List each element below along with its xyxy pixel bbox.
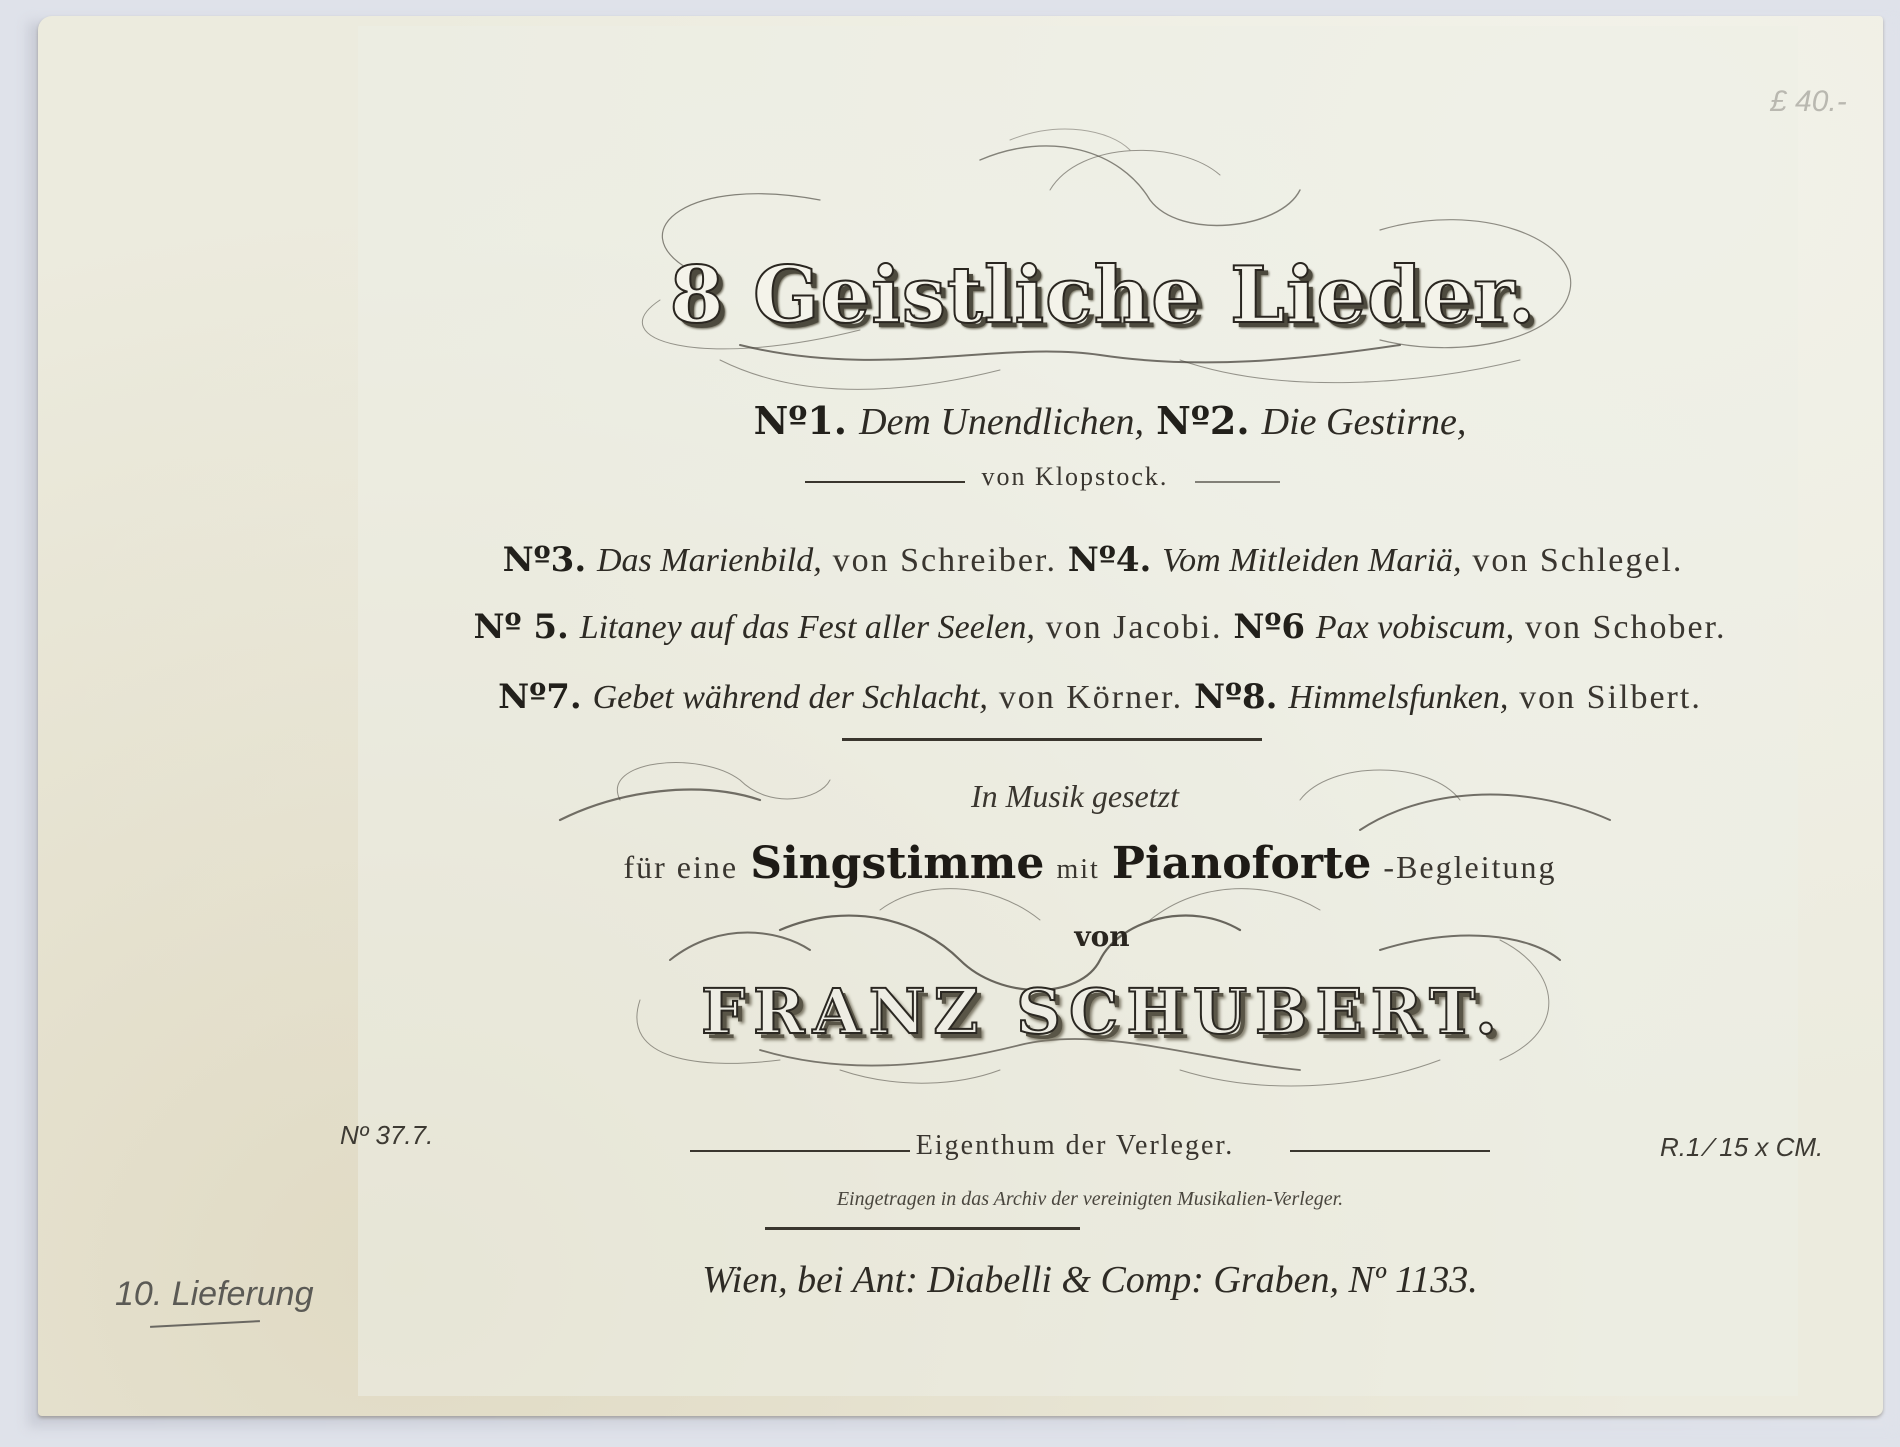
song-poet: von Silbert. [1519, 679, 1702, 716]
voice-piano-line: für eine Singstimme mit Pianoforte -Begl… [623, 838, 1556, 889]
song-number: Nº3. [503, 540, 587, 580]
divider-rule [805, 481, 965, 483]
song-number: Nº7. [498, 677, 582, 717]
composer-name: FRANZ SCHUBERT. [701, 975, 1505, 1048]
song-number: Nº2. [1156, 398, 1249, 443]
song-title: Himmelsfunken, [1288, 679, 1508, 716]
song-title: Die Gestirne, [1262, 401, 1467, 443]
price: R.1 ⁄ 15 x CM. [1660, 1132, 1823, 1163]
song-poet: von Körner. [999, 679, 1183, 716]
song-poet: von Jacobi. [1046, 609, 1223, 646]
ownership-notice: Eigenthum der Verleger. [916, 1130, 1234, 1162]
pianoforte: Pianoforte [1112, 838, 1371, 889]
song-title: Dem Unendlichen, [859, 401, 1144, 443]
poet-klopstock: von Klopstock. [982, 462, 1169, 492]
song-poet: von Schober. [1525, 609, 1727, 646]
songs-5-6-line: Nº 5. Litaney auf das Fest aller Seelen,… [473, 607, 1726, 647]
registration-notice: Eingetragen in das Archiv der vereinigte… [837, 1188, 1343, 1211]
song-number: Nº8. [1194, 677, 1278, 717]
song-title: Vom Mitleiden Mariä, [1162, 542, 1461, 579]
singstimme: Singstimme [750, 838, 1044, 889]
divider-rule [1290, 1150, 1490, 1152]
pencil-annotation-price: £ 40.- [1770, 85, 1847, 119]
divider-rule [690, 1150, 910, 1152]
divider-rule [765, 1227, 1080, 1230]
song-number: Nº1. [754, 398, 847, 443]
song-title: Litaney auf das Fest aller Seelen, [580, 609, 1035, 646]
song-number: Nº 5. [473, 607, 568, 647]
mit: mit [1056, 854, 1099, 885]
songs-7-8-line: Nº7. Gebet während der Schlacht, von Kör… [498, 677, 1702, 717]
plate-number: Nº 37.7. [340, 1120, 433, 1151]
pencil-annotation-delivery: 10. Lieferung [115, 1275, 314, 1314]
song-title: Pax vobiscum, [1316, 609, 1514, 646]
song-title: Das Marienbild, [597, 542, 822, 579]
songs-3-4-line: Nº3. Das Marienbild, von Schreiber. Nº4.… [503, 540, 1684, 580]
divider-rule [1195, 481, 1280, 483]
in-musik-gesetzt: In Musik gesetzt [971, 778, 1179, 815]
divider-rule [842, 738, 1262, 741]
publisher-imprint: Wien, bei Ant: Diabelli & Comp: Graben, … [702, 1258, 1478, 1302]
von: von [1074, 920, 1129, 953]
songs-1-2-line: Nº1. Dem Unendlichen, Nº2. Die Gestirne, [754, 398, 1467, 444]
fuer-eine: für eine [623, 849, 738, 885]
song-number: Nº4. [1068, 540, 1152, 580]
begleitung: -Begleitung [1383, 849, 1556, 885]
work-title: 8 Geistliche Lieder. [670, 250, 1537, 341]
song-title: Gebet während der Schlacht, [593, 679, 988, 716]
song-number: Nº6 [1233, 607, 1305, 647]
song-poet: von Schlegel. [1472, 542, 1683, 579]
song-poet: von Schreiber. [833, 542, 1057, 579]
